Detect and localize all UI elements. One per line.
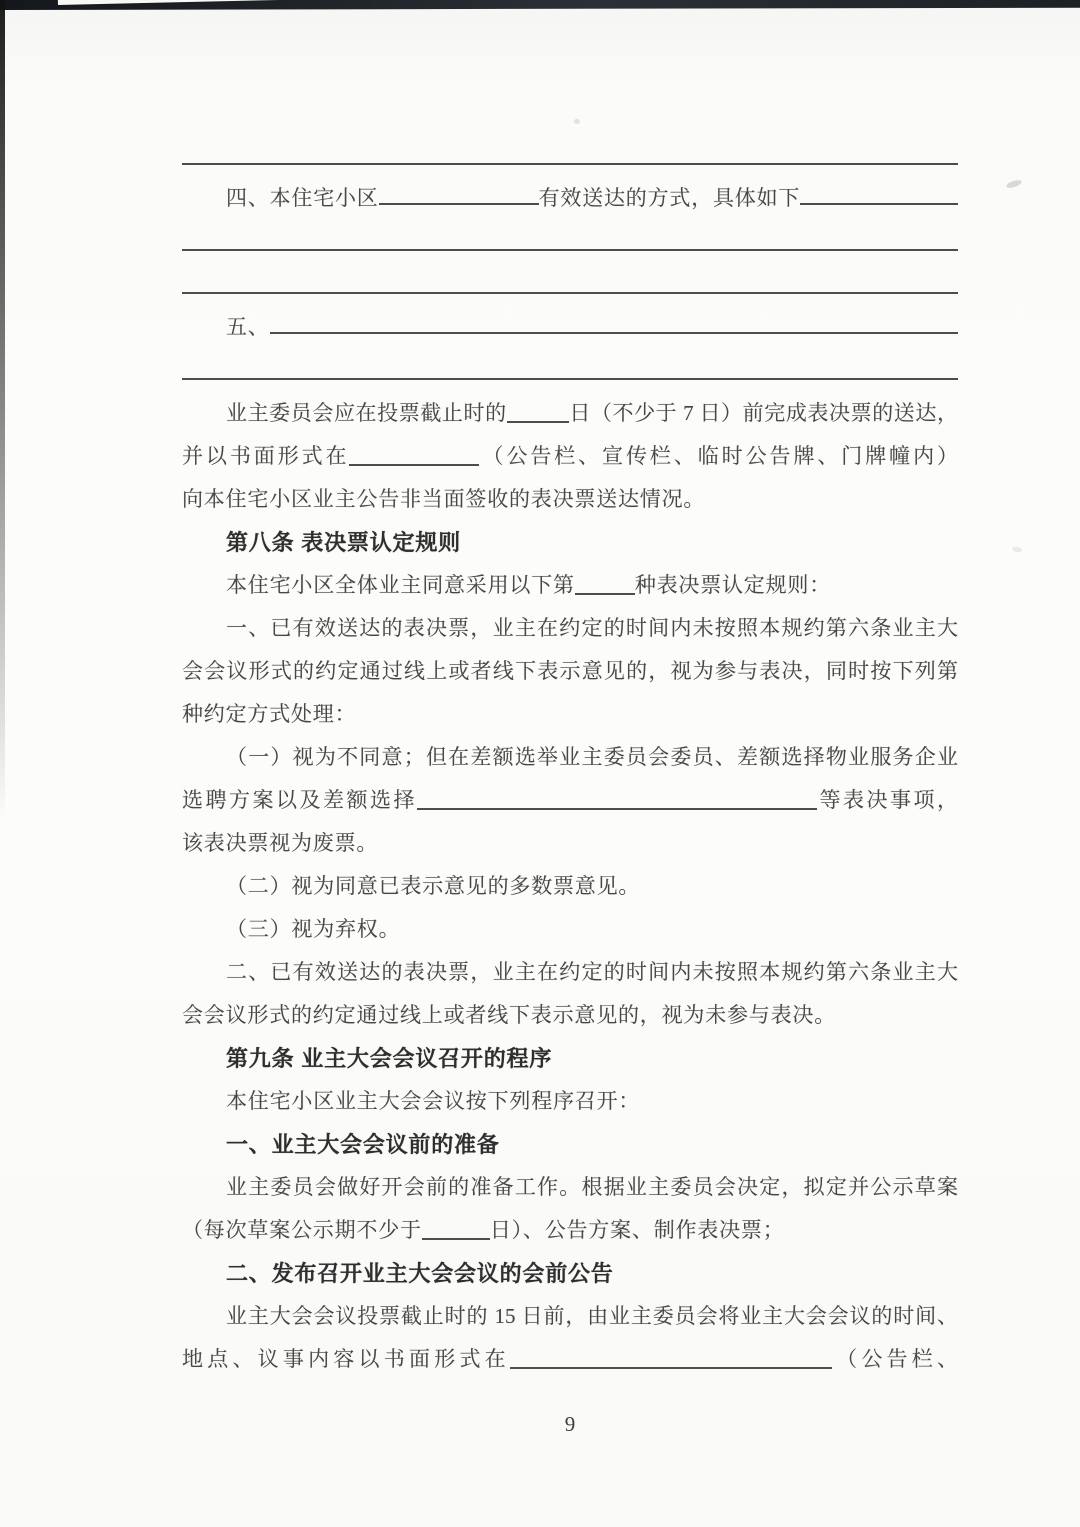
doc-line: （三）视为弃权。 (182, 908, 958, 951)
blank-rule-line (182, 134, 958, 177)
text-segment: 二、已有效送达的表决票，业主在约定的时间内未按照本规约第六条业主大 (226, 960, 958, 984)
page-number: 9 (182, 1404, 958, 1444)
text-segment: 有效送达的方式，具体如下 (539, 177, 801, 220)
blank-underline (349, 444, 479, 466)
blank-underline (575, 573, 635, 595)
text-segment: 种约定方式处理： (182, 702, 356, 726)
text-segment: 一、已有效送达的表决票，业主在约定的时间内未按照本规约第六条业主大 (226, 616, 958, 640)
doc-line: 二、已有效送达的表决票，业主在约定的时间内未按照本规约第六条业主大 (182, 951, 958, 994)
underline-rule (182, 220, 958, 251)
blank-underline (270, 312, 958, 334)
text-segment: 日（不少于 7 日）前完成表决票的送达， (569, 401, 958, 425)
scanned-document-page: 四、本住宅小区有效送达的方式，具体如下五、业主委员会应在投票截止时的日（不少于 … (0, 0, 1080, 1527)
doc-line: 五、 (182, 306, 958, 349)
doc-line: （一）视为不同意；但在差额选举业主委员会委员、差额选择物业服务企业 (182, 736, 958, 779)
text-segment: 会会议形式的约定通过线上或者线下表示意见的，视为参与表决，同时按下列第 (182, 659, 958, 683)
text-segment: 第八条 表决票认定规则 (226, 530, 461, 555)
text-segment: 选聘方案以及差额选择 (182, 788, 417, 812)
blank-underline (379, 183, 539, 205)
doc-line: 向本住宅小区业主公告非当面签收的表决票送达情况。 (182, 478, 958, 521)
text-segment: 本住宅小区业主大会会议按下列程序召开： (226, 1089, 640, 1113)
text-segment: 第九条 业主大会会议召开的程序 (226, 1046, 552, 1071)
text-segment: 五、 (226, 306, 270, 349)
document-body: 四、本住宅小区有效送达的方式，具体如下五、业主委员会应在投票截止时的日（不少于 … (182, 134, 958, 1381)
text-segment: 日）、公告方案、制作表决票； (490, 1218, 785, 1242)
doc-line: 二、发布召开业主大会会议的会前公告 (182, 1252, 958, 1295)
doc-line: 选聘方案以及差额选择等表决事项， (182, 779, 958, 822)
doc-line: 并以书面形式在（公告栏、宣传栏、临时公告牌、门牌幢内） (182, 435, 958, 478)
text-segment: 向本住宅小区业主公告非当面签收的表决票送达情况。 (182, 487, 705, 511)
doc-line: 种约定方式处理： (182, 693, 958, 736)
blank-rule-line (182, 220, 958, 263)
text-segment: 一、业主大会会议前的准备 (226, 1132, 500, 1157)
scan-speck (1005, 179, 1022, 190)
doc-line: 一、已有效送达的表决票，业主在约定的时间内未按照本规约第六条业主大 (182, 607, 958, 650)
text-segment: 等表决事项， (817, 788, 958, 812)
doc-line: 会会议形式的约定通过线上或者线下表示意见的，视为未参与表决。 (182, 994, 958, 1037)
text-segment: （三）视为弃权。 (226, 917, 400, 941)
doc-line: 一、业主大会会议前的准备 (182, 1123, 958, 1166)
text-segment: （二）视为同意已表示意见的多数票意见。 (226, 874, 640, 898)
blank-rule-line (182, 349, 958, 392)
underline-rule (182, 263, 958, 294)
doc-line: （二）视为同意已表示意见的多数票意见。 (182, 865, 958, 908)
text-segment: 业主委员会做好开会前的准备工作。根据业主委员会决定，拟定并公示草案 (226, 1175, 958, 1199)
blank-underline (800, 183, 958, 205)
doc-line: 四、本住宅小区有效送达的方式，具体如下 (182, 177, 958, 220)
text-segment: 业主委员会应在投票截止时的 (226, 401, 507, 425)
text-segment: （一）视为不同意；但在差额选举业主委员会委员、差额选择物业服务企业 (226, 745, 958, 769)
doc-line: 会会议形式的约定通过线上或者线下表示意见的，视为参与表决，同时按下列第 (182, 650, 958, 693)
scan-left-edge-artifact (0, 0, 5, 820)
text-segment: 会会议形式的约定通过线上或者线下表示意见的，视为未参与表决。 (182, 1003, 836, 1027)
text-segment: （每次草案公示期不少于 (182, 1218, 422, 1242)
doc-line: 业主委员会应在投票截止时的日（不少于 7 日）前完成表决票的送达， (182, 392, 958, 435)
text-segment: 二、发布召开业主大会会议的会前公告 (226, 1261, 614, 1286)
doc-line: 本住宅小区全体业主同意采用以下第种表决票认定规则： (182, 564, 958, 607)
text-segment: （公告栏、 (832, 1347, 958, 1371)
text-segment: （公告栏、宣传栏、临时公告牌、门牌幢内） (479, 444, 958, 468)
text-segment: 种表决票认定规则： (635, 573, 831, 597)
doc-line: 本住宅小区业主大会会议按下列程序召开： (182, 1080, 958, 1123)
scan-speck (574, 119, 580, 124)
text-segment: 并以书面形式在 (182, 444, 349, 468)
blank-underline (507, 401, 569, 423)
doc-line: 地点、议事内容以书面形式在（公告栏、 (182, 1338, 958, 1381)
blank-underline (510, 1347, 832, 1369)
doc-line: 业主委员会做好开会前的准备工作。根据业主委员会决定，拟定并公示草案 (182, 1166, 958, 1209)
scan-speck (1012, 546, 1023, 553)
blank-underline (422, 1218, 490, 1240)
doc-line: 第八条 表决票认定规则 (182, 521, 958, 564)
doc-line: （每次草案公示期不少于日）、公告方案、制作表决票； (182, 1209, 958, 1252)
text-segment: 本住宅小区全体业主同意采用以下第 (226, 573, 575, 597)
doc-line: 业主大会会议投票截止时的 15 日前，由业主委员会将业主大会会议的时间、 (182, 1295, 958, 1338)
underline-rule (182, 349, 958, 380)
blank-underline (417, 788, 817, 810)
text-segment: 地点、议事内容以书面形式在 (182, 1347, 510, 1371)
doc-line: 第九条 业主大会会议召开的程序 (182, 1037, 958, 1080)
text-segment: 四、本住宅小区 (226, 177, 379, 220)
blank-rule-line (182, 263, 958, 306)
doc-line: 该表决票视为废票。 (182, 822, 958, 865)
text-segment: 业主大会会议投票截止时的 15 日前，由业主委员会将业主大会会议的时间、 (226, 1304, 958, 1328)
underline-rule (182, 134, 958, 165)
text-segment: 该表决票视为废票。 (182, 831, 378, 855)
